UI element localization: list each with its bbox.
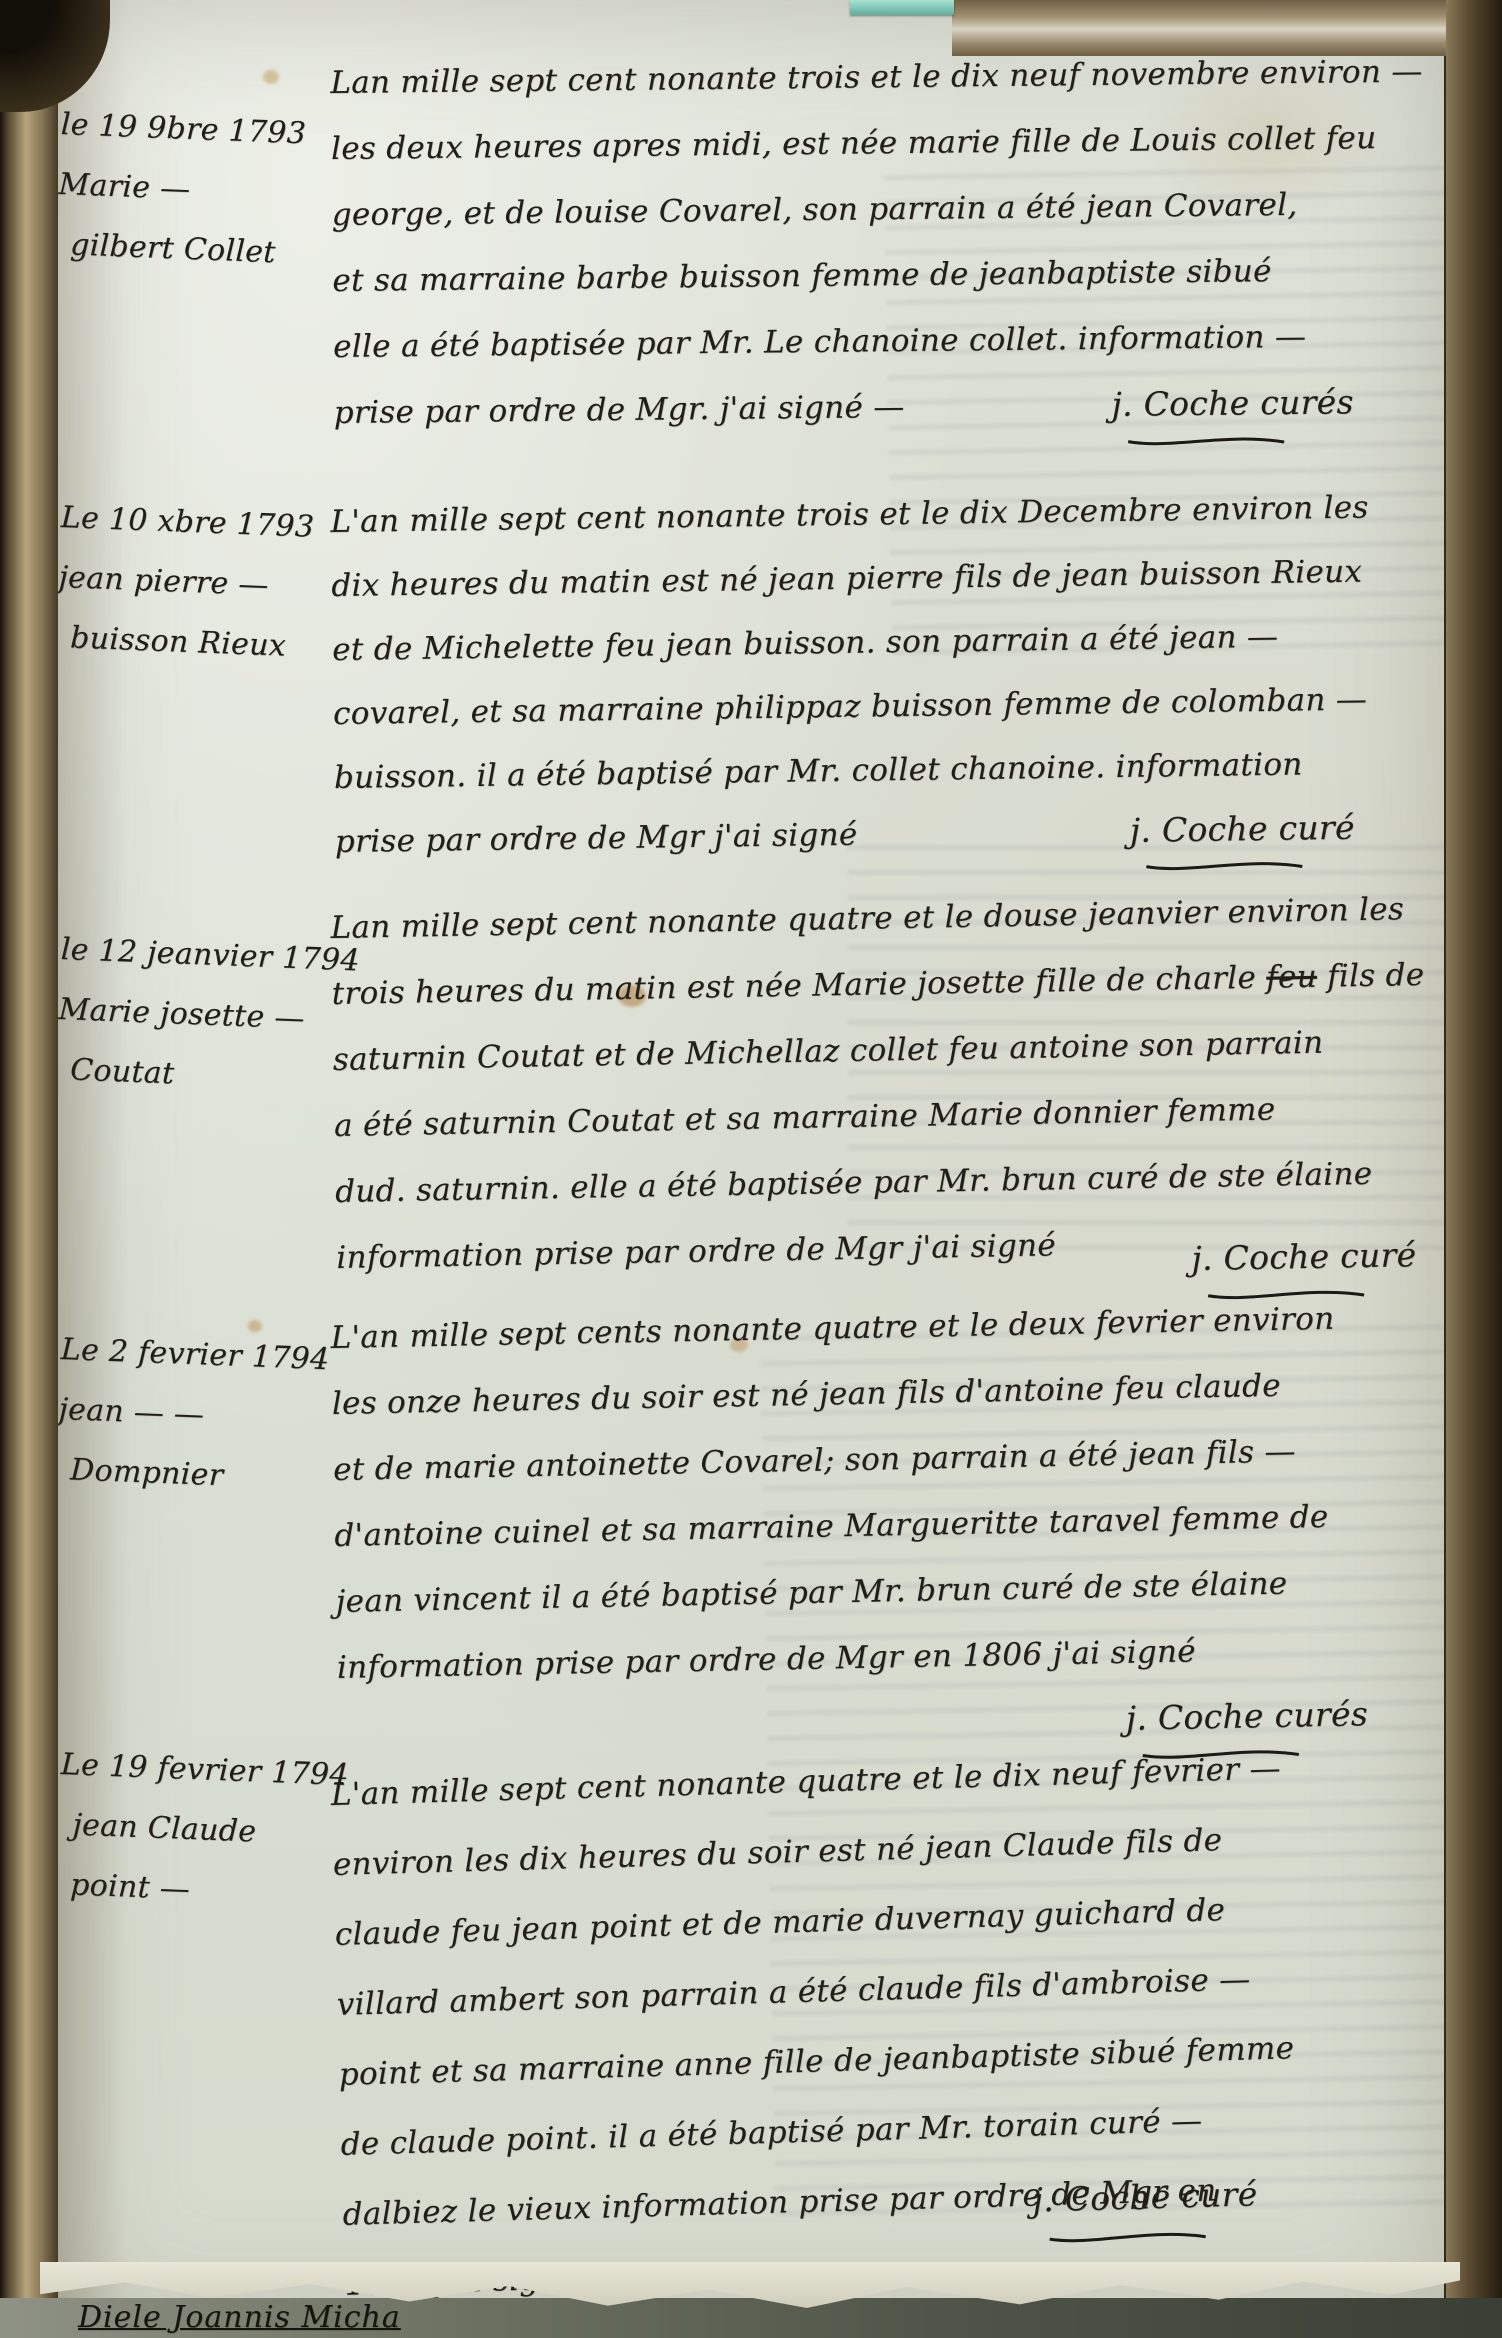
record-text: Lan mille sept cent nonante quatre et le… xyxy=(330,875,1462,1291)
stain xyxy=(263,70,279,84)
margin-note: Le 2 fevrier 1794 jean — — Dompnier xyxy=(55,1320,342,1511)
signature-text: j. Coche curé xyxy=(1032,2174,1258,2219)
record-line: prise par ordre de Mgr j'ai signé j. Coc… xyxy=(334,796,1355,874)
next-page-fragment: Diele Joannis Micha xyxy=(78,2300,401,2335)
record-line-text: prise par ordre de Mgr. j'ai signé — xyxy=(333,374,904,446)
margin-name: Coutat xyxy=(55,1040,337,1111)
signature-flourish xyxy=(1126,432,1286,450)
signature-text: j. Coche curés xyxy=(1111,382,1354,424)
margin-name: jean — — xyxy=(57,1380,339,1451)
signature-text: j. Coche curé xyxy=(1130,808,1356,850)
record-line: les deux heures apres midi, est née mari… xyxy=(331,104,1457,182)
margin-date: le 12 jeanvier 1794 xyxy=(60,920,342,991)
margin-note: Le 19 fevrier 1794 jean Claude point — xyxy=(55,1735,342,1926)
margin-note: le 12 jeanvier 1794 Marie josette — Cout… xyxy=(55,920,342,1111)
priest-signature: j. Coche curé xyxy=(1191,1222,1417,1292)
record-line: et sa marraine barbe buisson femme de je… xyxy=(332,236,1458,314)
margin-name: Dompnier xyxy=(55,1440,337,1511)
margin-date: Le 2 fevrier 1794 xyxy=(60,1320,342,1391)
book-spine xyxy=(0,0,58,2338)
record-line-text: information prise par ordre de Mgr j'ai … xyxy=(336,1212,1057,1291)
record-text: L'an mille sept cent nonante quatre et l… xyxy=(330,1729,1470,2320)
margin-date: Le 19 fevrier 1794 xyxy=(60,1735,342,1806)
record-text: L'an mille sept cent nonante trois et le… xyxy=(330,474,1460,874)
margin-name: gilbert Collet xyxy=(55,215,337,286)
record-text: Lan mille sept cent nonante trois et le … xyxy=(330,38,1459,446)
record-line: prise par ordre de Mgr. j'ai signé — j. … xyxy=(333,369,1354,446)
priest-signature: j. Coche curé xyxy=(1032,2159,1259,2235)
signature-flourish xyxy=(1144,856,1304,874)
record-line-text: prise par ordre de Mgr j'ai signé xyxy=(334,803,857,874)
page-edges-right xyxy=(1446,0,1502,2338)
priest-signature: j. Coche curés xyxy=(1111,369,1354,438)
margin-name: Marie — xyxy=(57,155,339,226)
margin-name: jean Claude xyxy=(57,1795,339,1866)
margin-date: Le 10 xbre 1793 xyxy=(60,488,342,559)
priest-signature: j. Coche curé xyxy=(1129,796,1355,863)
margin-name: Marie josette — xyxy=(57,980,339,1051)
record-line: george, et de louise Covarel, son parrai… xyxy=(331,170,1457,248)
bookmark-tab xyxy=(850,0,954,15)
signature-text: j. Coche curé xyxy=(1191,1235,1417,1278)
margin-name: jean pierre — xyxy=(57,548,339,619)
record-text: L'an mille sept cents nonante quatre et … xyxy=(330,1283,1464,1768)
margin-name: point — xyxy=(55,1855,337,1926)
margin-name: buisson Rieux xyxy=(55,608,337,679)
margin-note: le 19 9bre 1793 Marie — gilbert Collet xyxy=(55,95,342,286)
margin-note: Le 10 xbre 1793 jean pierre — buisson Ri… xyxy=(55,488,342,679)
struck-word: feu xyxy=(1266,959,1317,996)
page-edges-top xyxy=(952,0,1502,56)
record-line-text: trois heures du matin est née Marie jose… xyxy=(331,960,1256,1012)
record-line: elle a été baptisée par Mr. Le chanoine … xyxy=(333,302,1459,380)
record-line-text: fils de xyxy=(1327,957,1425,995)
margin-date: le 19 9bre 1793 xyxy=(60,95,342,166)
